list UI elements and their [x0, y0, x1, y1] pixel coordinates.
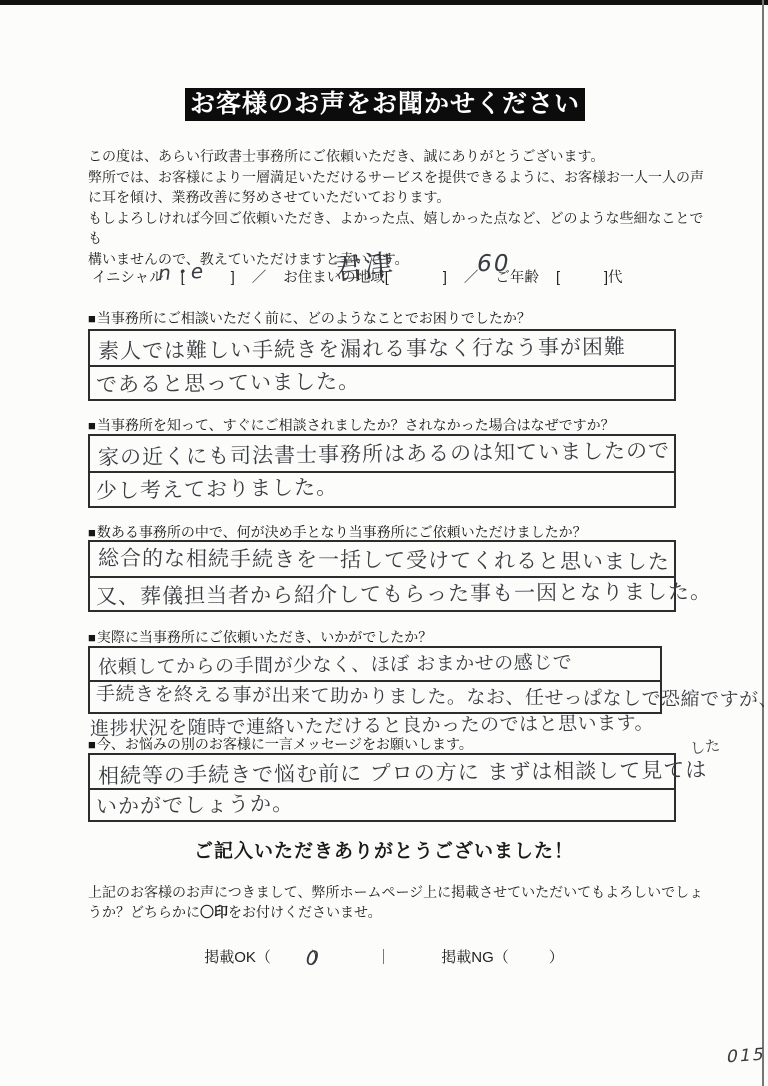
handwritten-answer-3-line-1: 総合的な相続手続きを一括して受けてくれると思いました — [98, 542, 670, 576]
bullet-square-icon: ■ — [88, 311, 96, 326]
bracket-open: [ — [556, 270, 560, 286]
consent-ng-label: 掲載NG（ — [441, 949, 509, 966]
handwritten-age: 60 — [475, 251, 513, 277]
bullet-square-icon: ■ — [88, 418, 96, 433]
consent-paragraph-line-1: 上記のお客様のお声につきまして、弊所ホームページ上に掲載させていただいてもよろし… — [88, 883, 704, 903]
scanned-questionnaire-page: お客様のお声をお聞かせください この度は、あらい行政書士事務所にご依頼いただき、… — [0, 0, 768, 1086]
consent-line2-pre: うか？どちらかに — [88, 904, 200, 920]
answer-box-2-ruled-line — [88, 471, 676, 473]
question-4-label: ■実際に当事務所にご依頼いただき、いかがでしたか？ — [88, 627, 432, 647]
question-1-text: 当事務所にご相談いただく前に、どのようなことでお困りでしたか？ — [97, 310, 531, 326]
bullet-square-icon: ■ — [88, 525, 96, 540]
initial-label: イニシャル — [92, 270, 164, 286]
consent-paragraph-line-2: うか？どちらかに〇印をお付けくださいませ。 — [88, 903, 704, 923]
consent-circle-mark-word: 〇印 — [200, 904, 228, 920]
consent-paragraph: 上記のお客様のお声につきまして、弊所ホームページ上に掲載させていただいてもよろし… — [88, 883, 704, 922]
consent-choice-row: 掲載OK（） ｜ 掲載NG（） — [0, 946, 768, 967]
question-5-text: 今、お悩みの別のお客様に一言メッセージをお願いします。 — [97, 736, 473, 752]
handwritten-answer-2-line-1: 家の近くにも司法書士事務所はあるのは知ていましたので — [98, 435, 670, 472]
handwritten-page-number: 015 — [725, 1045, 768, 1068]
page-title: お客様のお声をお聞かせください — [185, 88, 585, 121]
thanks-note: ご記入いただきありがとうございました！ — [0, 836, 768, 863]
answer-box-1-ruled-line — [88, 365, 676, 367]
consent-divider: ｜ — [376, 949, 391, 966]
intro-paragraph: この度は、あらい行政書士事務所にご依頼いただき、誠にありがとうございます。 弊所… — [88, 146, 704, 270]
handwritten-initials: n・e — [157, 255, 203, 286]
answer-box-3: 総合的な相続手続きを一括して受けてくれると思いました 又、葬儀担当者から紹介して… — [88, 540, 676, 612]
question-2-text: 当事務所を知って、すぐにご相談されましたか？されなかった場合はなぜですか？ — [97, 417, 615, 433]
question-2-label: ■当事務所を知って、すぐにご相談されましたか？されなかった場合はなぜですか？ — [88, 415, 615, 435]
handwritten-ok-circle-mark: 0 — [305, 945, 320, 970]
answer-box-4: 依頼してからの手間が少なく、ほぼ おまかせの感じで 手続きを終える事が出来て助か… — [88, 646, 662, 714]
answer-box-5: 相続等の手続きで悩む前に プロの方に まずは相談して見ては いかがでしょうか。 — [88, 753, 676, 822]
handwritten-answer-5-line-1: 相続等の手続きで悩む前に プロの方に まずは相談して見ては — [98, 754, 708, 790]
bullet-square-icon: ■ — [88, 737, 96, 752]
handwritten-answer-4-line-1: 依頼してからの手間が少なく、ほぼ おまかせの感じで — [98, 648, 572, 680]
question-5-label: ■今、お悩みの別のお客様に一言メッセージをお願いします。 — [88, 734, 473, 754]
bullet-square-icon: ■ — [88, 630, 96, 645]
consent-ok-label: 掲載OK（ — [204, 949, 271, 966]
scan-right-edge-artifact — [762, 0, 764, 1086]
handwritten-answer-2-line-2: 少し考えておりました。 — [96, 471, 338, 505]
handwritten-answer-4-line-2: 手続きを終える事が出来て助かりました。なお、任せっぱなしで恐縮ですが、 — [96, 679, 768, 712]
consent-line2-post: をお付けくださいませ。 — [228, 904, 382, 920]
question-3-text: 数ある事務所の中で、何が決め手となり当事務所にご依頼いただけましたか？ — [97, 524, 587, 540]
question-4-text: 実際に当事務所にご依頼いただき、いかがでしたか？ — [97, 629, 432, 645]
answer-box-1: 素人では難しい手続きを漏れる事なく行なう事が困難 であると思っていました。 — [88, 329, 676, 401]
age-suffix: 代 — [608, 270, 623, 286]
bracket-close: ] — [443, 270, 447, 286]
slash-separator: ／ — [252, 270, 267, 286]
bracket-close: ] — [231, 270, 235, 286]
consent-ng-close-paren: ） — [549, 949, 564, 966]
question-3-label: ■数ある事務所の中で、何が決め手となり当事務所にご依頼いただけましたか？ — [88, 522, 587, 542]
handwritten-answer-5-line-2: いかがでしょうか。 — [96, 788, 294, 821]
handwritten-answer-1-line-1: 素人では難しい手続きを漏れる事なく行なう事が困難 — [98, 331, 626, 366]
question-1-label: ■当事務所にご相談いただく前に、どのようなことでお困りでしたか？ — [88, 308, 531, 328]
handwritten-region: 君津 — [331, 242, 396, 288]
answer-box-2: 家の近くにも司法書士事務所はあるのは知ていましたので 少し考えておりました。 — [88, 434, 676, 508]
scan-top-edge-artifact — [0, 0, 768, 5]
handwritten-answer-1-line-2: であると思っていました。 — [96, 365, 360, 399]
handwritten-answer-3-line-2: 又、葬儀担当者から紹介してもらった事も一因となりました。 — [96, 575, 712, 610]
